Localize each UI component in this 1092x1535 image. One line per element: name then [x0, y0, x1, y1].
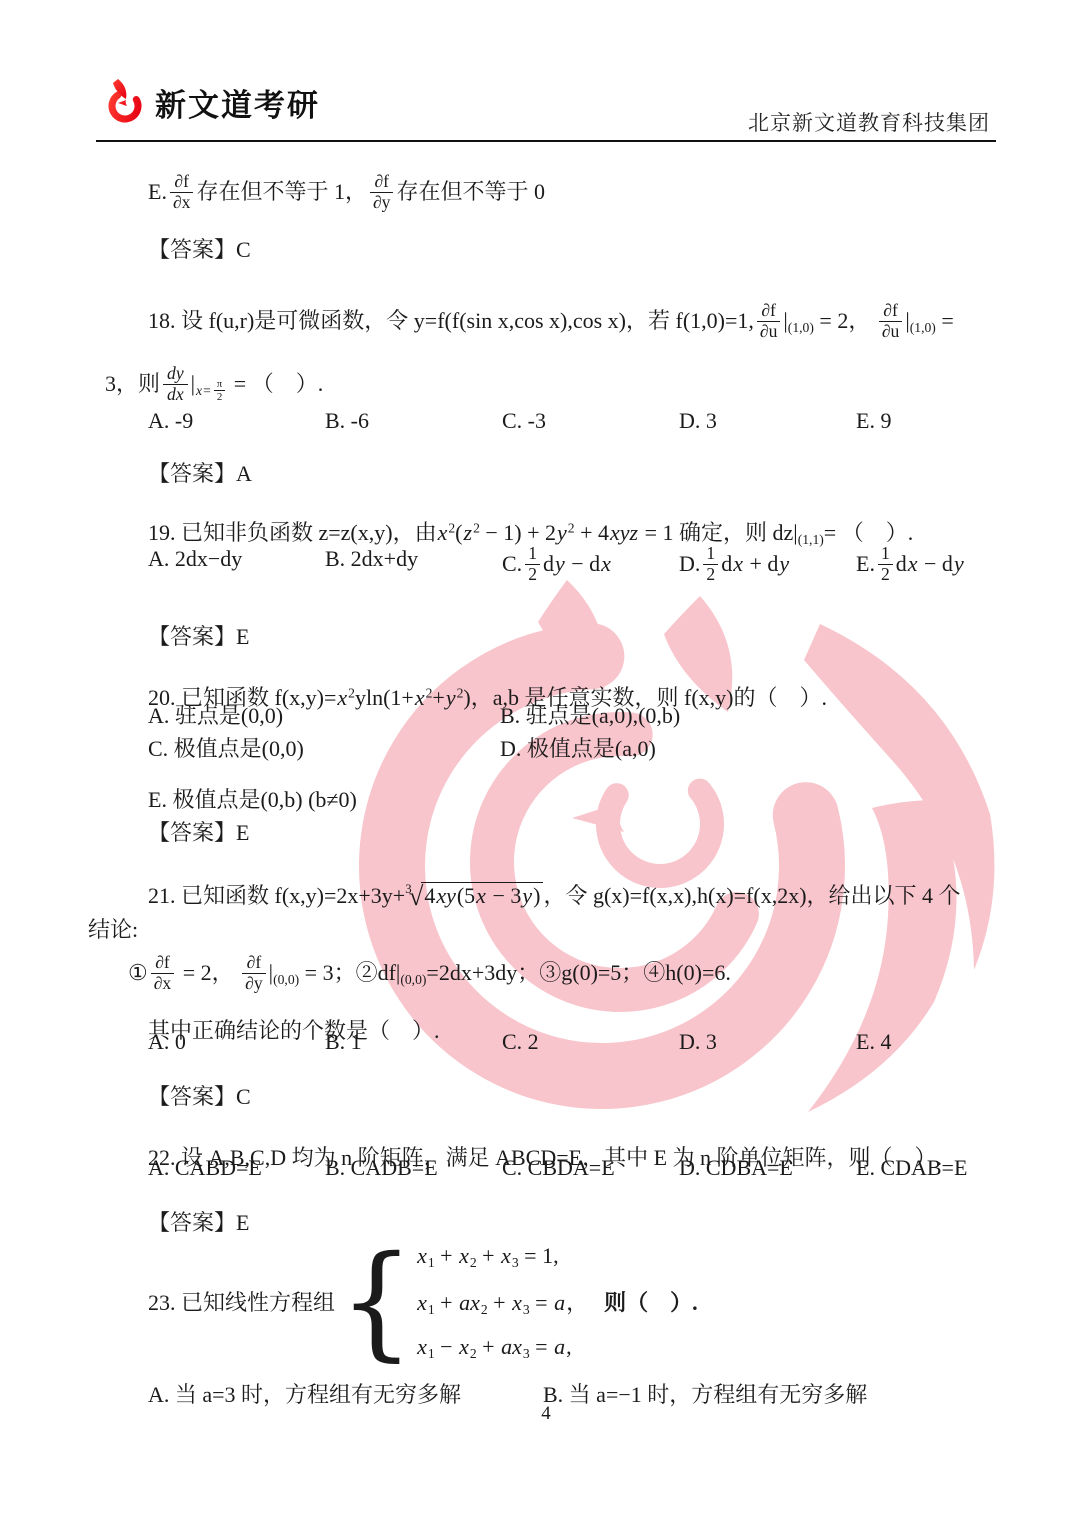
- document-page: 新文道考研 北京新文道教育科技集团 E.∂f∂x存在但不等于 1，∂f∂y存在但…: [0, 0, 1092, 1535]
- q22-option-c: C. CBDA=E: [502, 1155, 679, 1181]
- q18-option-b: B. -6: [325, 408, 502, 434]
- question-23-prefix: 23. 已知线性方程组: [148, 1286, 335, 1317]
- q18-option-a: A. -9: [148, 408, 325, 434]
- prev-question-answer: 【答案】C: [148, 236, 251, 264]
- question-18-options: A. -9 B. -6 C. -3 D. 3 E. 9: [148, 408, 1048, 434]
- q18-option-c: C. -3: [502, 408, 679, 434]
- question-18-line-1: 18. 设 f(u,r)是可微函数，令 y=f(f(sin x,cos x),c…: [148, 303, 954, 343]
- brand: 新文道考研: [104, 78, 320, 126]
- question-21-conclusions: ①∂f∂x = 2， ∂f∂y|(0,0) = 3；②df|(0,0)=2dx+…: [128, 955, 731, 995]
- page-header: 新文道考研 北京新文道教育科技集团: [96, 76, 996, 142]
- question-20-options-ab: A. 驻点是(0,0) B. 驻点是(a,0),(0,b): [148, 699, 968, 730]
- q19-option-a: A. 2dx−dy: [148, 546, 325, 586]
- q20-option-c: C. 极值点是(0,0): [148, 732, 500, 763]
- question-22-answer: 【答案】E: [148, 1209, 249, 1237]
- q20-option-e: E. 极值点是(0,b) (b≠0): [148, 786, 357, 814]
- system-equations: x1 + x2 + x3 = 1, x1 + ax2 + x3 = a， x1 …: [416, 1243, 588, 1360]
- q19-option-b: B. 2dx+dy: [325, 546, 502, 586]
- question-20-options-cd: C. 极值点是(0,0) D. 极值点是(a,0): [148, 732, 968, 763]
- q22-option-a: A. CABD=E: [148, 1155, 325, 1181]
- q20-option-a: A. 驻点是(0,0): [148, 699, 500, 730]
- page-number: 4: [0, 1403, 1092, 1425]
- equation-3: x1 − x2 + ax3 = a,: [416, 1334, 588, 1360]
- q22-option-e: E. CDAB=E: [856, 1155, 1033, 1181]
- prev-question-option-e: E.∂f∂x存在但不等于 1，∂f∂y存在但不等于 0: [148, 174, 545, 214]
- question-18-line-2: 3，则dydx|x=π2 = （ ）.: [105, 366, 323, 406]
- q20-option-d: D. 极值点是(a,0): [500, 732, 880, 763]
- q20-option-b: B. 驻点是(a,0),(0,b): [500, 699, 880, 730]
- question-20-answer: 【答案】E: [148, 819, 249, 847]
- q22-option-b: B. CADB=E: [325, 1155, 502, 1181]
- question-21-options: A. 0 B. 1 C. 2 D. 3 E. 4: [148, 1029, 1048, 1055]
- q19-option-e: E.12dx − dy: [856, 546, 1033, 586]
- q19-option-d: D.12dx + dy: [679, 546, 856, 586]
- question-18-answer: 【答案】A: [148, 460, 252, 488]
- question-19-options: A. 2dx−dy B. 2dx+dy C.12dy − dx D.12dx +…: [148, 546, 1048, 586]
- equation-2: x1 + ax2 + x3 = a，: [416, 1286, 588, 1317]
- question-22-options: A. CABD=E B. CADB=E C. CBDA=E D. CDBA=E …: [148, 1155, 1048, 1181]
- system-brace: {: [339, 1246, 414, 1357]
- q21-option-c: C. 2: [502, 1029, 679, 1055]
- header-organization: 北京新文道教育科技集团: [748, 107, 990, 137]
- q21-option-a: A. 0: [148, 1029, 325, 1055]
- q18-option-e: E. 9: [856, 408, 1033, 434]
- question-21-line-1: 21. 已知函数 f(x,y)=2x+3y+3√4xy(5x − 3y)，令 g…: [148, 878, 961, 912]
- q21-option-d: D. 3: [679, 1029, 856, 1055]
- q21-option-e: E. 4: [856, 1029, 1033, 1055]
- question-21-line-2: 结论:: [88, 916, 138, 944]
- q21-option-b: B. 1: [325, 1029, 502, 1055]
- equation-1: x1 + x2 + x3 = 1,: [416, 1243, 588, 1269]
- question-23-system: 23. 已知线性方程组 { x1 + x2 + x3 = 1, x1 + ax2…: [148, 1243, 698, 1360]
- question-19-answer: 【答案】E: [148, 623, 249, 651]
- question-21-answer: 【答案】C: [148, 1083, 251, 1111]
- brand-name: 新文道考研: [155, 80, 320, 125]
- q18-option-d: D. 3: [679, 408, 856, 434]
- q22-option-d: D. CDBA=E: [679, 1155, 856, 1181]
- q19-option-c: C.12dy − dx: [502, 546, 679, 586]
- question-23-suffix: 则（ ）.: [604, 1286, 698, 1317]
- phoenix-logo-icon: [104, 78, 146, 126]
